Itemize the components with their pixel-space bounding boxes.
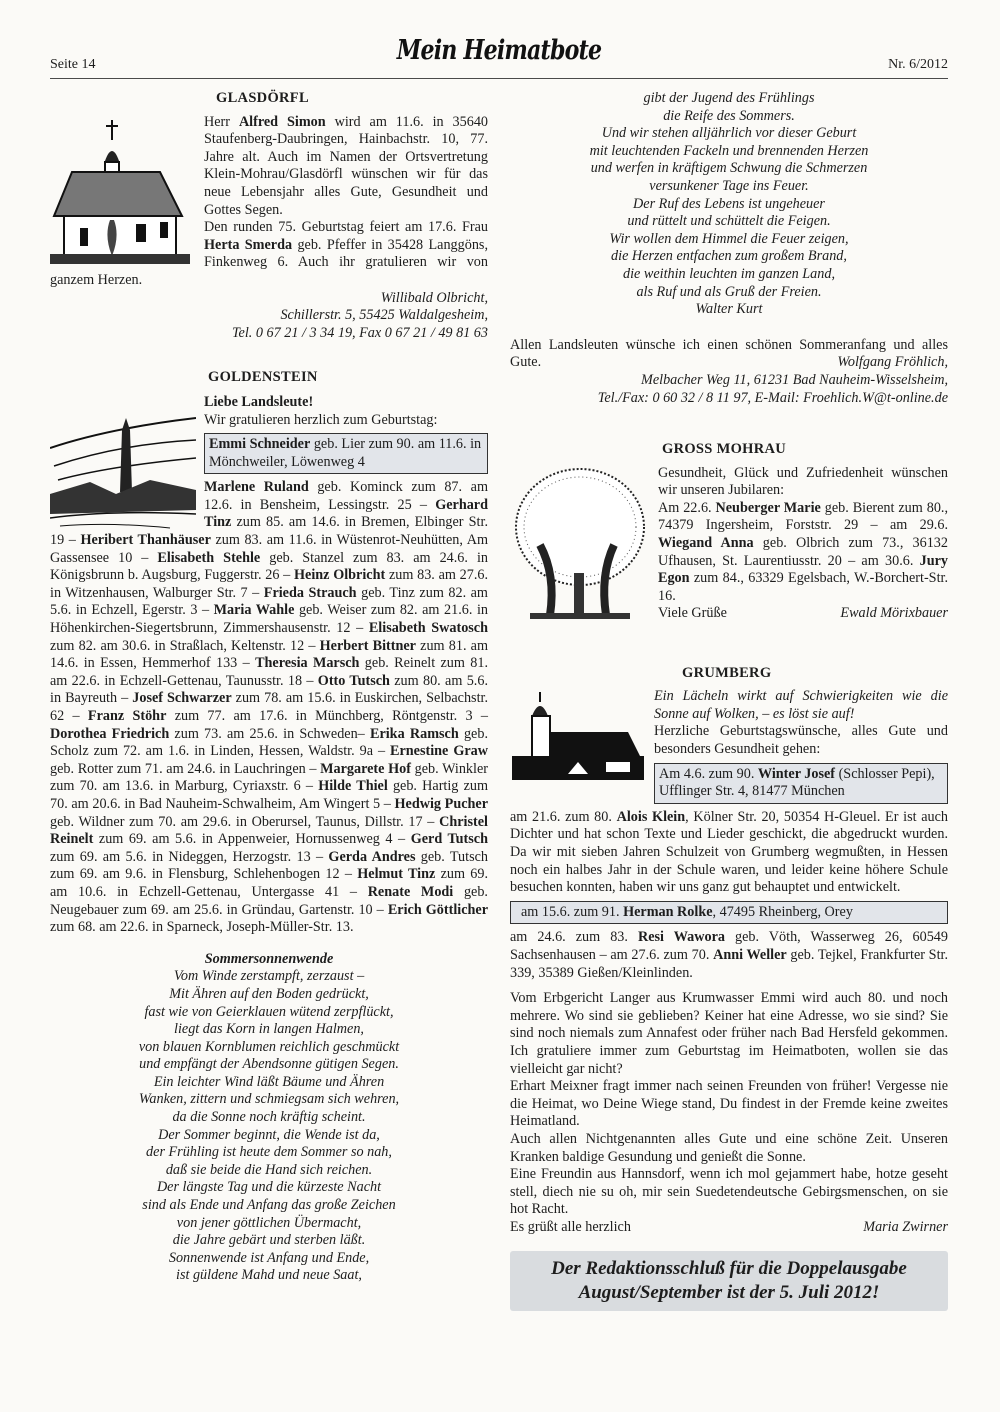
poem-continuation: gibt der Jugend des Frühlingsdie Reife d… <box>510 90 948 319</box>
birthday-name: Marlene Ruland <box>204 479 309 495</box>
notice-line-1: Der Redaktionsschluß für die Doppelausga… <box>514 1257 944 1281</box>
closing-row: Viele Grüße Ewald Mörixbauer <box>658 605 948 623</box>
issue-number: Nr. 6/2012 <box>888 56 948 74</box>
poem-sommersonnenwende: Sommersonnenwende Vom Winde zerstampft, … <box>50 951 488 1285</box>
poem-line: Vom Winde zerstampft, zerzaust – <box>50 968 488 986</box>
grumberg-paragraph-3: Vom Erbgericht Langer aus Krumwasser Emm… <box>510 990 948 1078</box>
poem-line: als Ruf und als Gruß der Freien. <box>510 284 948 302</box>
poem-line: liegt das Korn in langen Halmen, <box>50 1021 488 1039</box>
poem-line: die weithin leuchten im ganzen Land, <box>510 266 948 284</box>
birthday-name: Heinz Olbricht <box>294 567 385 583</box>
birthday-name: Herbert Bittner <box>320 638 416 654</box>
masthead-logo: Mein Heimatbote <box>397 42 601 60</box>
closing-text: Es grüßt alle herzlich <box>510 1219 631 1237</box>
highlight-box-emmi-schneider: Emmi Schneider geb. Lier zum 90. am 11.6… <box>204 433 488 474</box>
section-title: GLASDÖRFL <box>216 90 488 108</box>
poem-line: gibt der Jugend des Frühlings <box>510 90 948 108</box>
signature-contact: Tel./Fax: 0 60 32 / 8 11 97, E-Mail: Fro… <box>510 390 948 408</box>
grumberg-paragraph-alois-klein: am 21.6. zum 80. Alois Klein, Kölner Str… <box>510 809 948 897</box>
birthday-name: Gerd Tutsch <box>411 831 488 847</box>
birthday-name: Hilde Thiel <box>318 778 388 794</box>
right-column: gibt der Jugend des Frühlingsdie Reife d… <box>510 90 948 1311</box>
birthday-name: Franz Stöhr <box>88 708 166 724</box>
birthday-name: Renate Modi <box>368 884 454 900</box>
birthday-name: Elisabeth Swatosch <box>369 620 488 636</box>
poem-lines: gibt der Jugend des Frühlingsdie Reife d… <box>510 90 948 301</box>
birthday-details: zum 73. am 25.6. in Schweden– <box>169 726 370 742</box>
birthday-list: Marlene Ruland geb. Kominck zum 87. am 1… <box>50 479 488 936</box>
poem-line: ist güldene Mahd und neue Saat, <box>50 1267 488 1285</box>
poem-line: von jener göttlichen Übermacht, <box>50 1215 488 1233</box>
poem-line: und rüttelt und schüttelt die Feigen. <box>510 213 948 231</box>
birthday-details: zum 77. am 17.6. in Münchberg, Röntgenst… <box>166 708 488 724</box>
highlight-box-winter-josef: Am 4.6. zum 90. Winter Josef (Schlosser … <box>654 763 948 804</box>
section-goldenstein: GOLDENSTEIN Liebe Landsleute! Wir gratul… <box>50 369 488 936</box>
poem-author: Walter Kurt <box>510 301 948 319</box>
birthday-details: zum 68. am 22.6. in Sparneck, Joseph-Mül… <box>50 919 354 935</box>
closing-text: Viele Grüße <box>658 605 727 623</box>
birthday-name: Otto Tutsch <box>318 673 390 689</box>
birthday-name: Erika Ramsch <box>370 726 459 742</box>
grumberg-paragraph-2: am 24.6. zum 83. Resi Wawora geb. Vöth, … <box>510 929 948 982</box>
birthday-name: Heribert Thanhäuser <box>80 532 210 548</box>
poem-line: von blauen Kornblumen reichlich geschmüc… <box>50 1039 488 1057</box>
birthday-details: geb. Rotter zum 71. am 24.6. in Lauchrin… <box>50 761 320 777</box>
birthday-name: Josef Schwarzer <box>132 690 231 706</box>
birthday-name: Frieda Strauch <box>264 585 357 601</box>
birthday-name: Theresia Marsch <box>255 655 359 671</box>
poem-line: sind als Ende und Anfang das große Zeich… <box>50 1197 488 1215</box>
poem-line: Sonnenwende ist Anfang und Ende, <box>50 1250 488 1268</box>
poem-line: die Jahre gebärt und sterben läßt. <box>50 1232 488 1250</box>
poem-line: mit leuchtenden Fackeln und brennenden H… <box>510 143 948 161</box>
town-illustration-icon <box>50 410 196 530</box>
birthday-name: Margarete Hof <box>320 761 411 777</box>
birthday-details: zum 82. am 30.6. in Straßlach, Keltenstr… <box>50 638 320 654</box>
signature-name: Wolfgang Fröhlich, <box>510 354 948 372</box>
poem-line: Und wir stehen alljährlich vor dieser Ge… <box>510 125 948 143</box>
birthday-details: zum 69. am 5.6. in Nideggen, Herzogstr. … <box>50 849 328 865</box>
section-title: GOLDENSTEIN <box>208 369 488 387</box>
poem-line: Wanken, zittern und schmiegsam sich wehr… <box>50 1091 488 1109</box>
section-froehlich-greeting: Allen Landsleuten wünsche ich einen schö… <box>510 337 948 407</box>
section-grumberg: GRUMBERG Ein Lächeln wirkt auf Schwierig… <box>510 665 948 1237</box>
birthday-name: Elisabeth Stehle <box>157 550 260 566</box>
section-glasdoerfl: GLASDÖRFL Herr Alfred Simon wird am 11.6… <box>50 90 488 342</box>
poem-line: fast wie von Geierklauen wütend zerpflüc… <box>50 1004 488 1022</box>
birthday-details: geb. Wildner zum 70. am 29.6. in Oberurs… <box>50 814 439 830</box>
birthday-name: Erich Göttlicher <box>388 902 488 918</box>
birthday-name: Maria Wahle <box>214 602 295 618</box>
signature-phone: Tel. 0 67 21 / 3 34 19, Fax 0 67 21 / 49… <box>50 325 488 343</box>
birthday-name: Dorothea Friedrich <box>50 726 169 742</box>
section-title: GRUMBERG <box>682 665 948 683</box>
greeting-text: Liebe Landsleute! <box>50 394 488 412</box>
grumberg-paragraph-6: Eine Freundin aus Hannsdorf, wenn ich mo… <box>510 1166 948 1219</box>
poem-line: daß sie beide die Hand sich reichen. <box>50 1162 488 1180</box>
signature-address: Schillerstr. 5, 55425 Waldalgesheim, <box>50 307 488 325</box>
poem-line: Der Ruf des Lebens ist ungeheuer <box>510 196 948 214</box>
poem-line: versunkener Tage ins Feuer. <box>510 178 948 196</box>
poem-line: Der Sommer beginnt, die Wende ist da, <box>50 1127 488 1145</box>
page-number: Seite 14 <box>50 56 96 74</box>
deadline-notice-banner: Der Redaktionsschluß für die Doppelausga… <box>510 1251 948 1311</box>
notice-line-2: August/September ist der 5. Juli 2012! <box>514 1281 944 1305</box>
poem-line: und empfängt der Abendsonne gütigen Sege… <box>50 1056 488 1074</box>
poem-title: Sommersonnenwende <box>50 951 488 969</box>
signature-name: Willibald Olbricht, <box>50 290 488 308</box>
poem-line: die Herzen entfachen zum großem Brand, <box>510 248 948 266</box>
poem-lines: Vom Winde zerstampft, zerzaust –Mit Ähre… <box>50 968 488 1285</box>
left-column: GLASDÖRFL Herr Alfred Simon wird am 11.6… <box>50 90 488 1285</box>
grumberg-paragraph-4: Erhart Meixner fragt immer nach seinen F… <box>510 1078 948 1131</box>
signature-name: Ewald Mörixbauer <box>840 605 948 623</box>
birthday-name: Hedwig Pucher <box>395 796 489 812</box>
church-illustration-icon <box>510 692 646 782</box>
birthday-name: Gerda Andres <box>328 849 415 865</box>
poem-line: da die Sonne noch kräftig scheint. <box>50 1109 488 1127</box>
page-header: Seite 14 Mein Heimatbote Nr. 6/2012 <box>50 44 948 79</box>
section-title: GROSS MOHRAU <box>662 441 948 459</box>
poem-line: Der längste Tag und die kürzeste Nacht <box>50 1179 488 1197</box>
section-gross-mohrau: GROSS MOHRAU Gesundheit, Glück und Zufri… <box>510 441 948 625</box>
poem-line: und werfen in kräftigem Schwung die Schm… <box>510 160 948 178</box>
poem-line: Ein leichter Wind läßt Bäume und Ähren <box>50 1074 488 1092</box>
birthday-name: Helmut Tinz <box>357 866 435 882</box>
poem-line: der Frühling ist heute dem Sommer so nah… <box>50 1144 488 1162</box>
poem-line: Mit Ähren auf den Boden gedrückt, <box>50 986 488 1004</box>
grumberg-paragraph-5: Auch allen Nichtgenannten alles Gute und… <box>510 1131 948 1166</box>
closing-row: Es grüßt alle herzlich Maria Zwirner <box>510 1219 948 1237</box>
poem-line: die Reife des Sommers. <box>510 108 948 126</box>
tree-illustration-icon <box>510 465 650 625</box>
poem-line: Wir wollen dem Himmel die Feuer zeigen, <box>510 231 948 249</box>
signature-name: Maria Zwirner <box>863 1219 948 1237</box>
birthday-details: zum 69. am 5.6. in Appenweier, Hornussen… <box>93 831 410 847</box>
signature-address: Melbacher Weg 11, 61231 Bad Nauheim-Wiss… <box>510 372 948 390</box>
birthday-name: Ernestine Graw <box>390 743 488 759</box>
highlight-box-herman-rolke: am 15.6. zum 91. Herman Rolke, 47495 Rhe… <box>510 901 948 925</box>
chapel-illustration-icon <box>50 116 196 264</box>
